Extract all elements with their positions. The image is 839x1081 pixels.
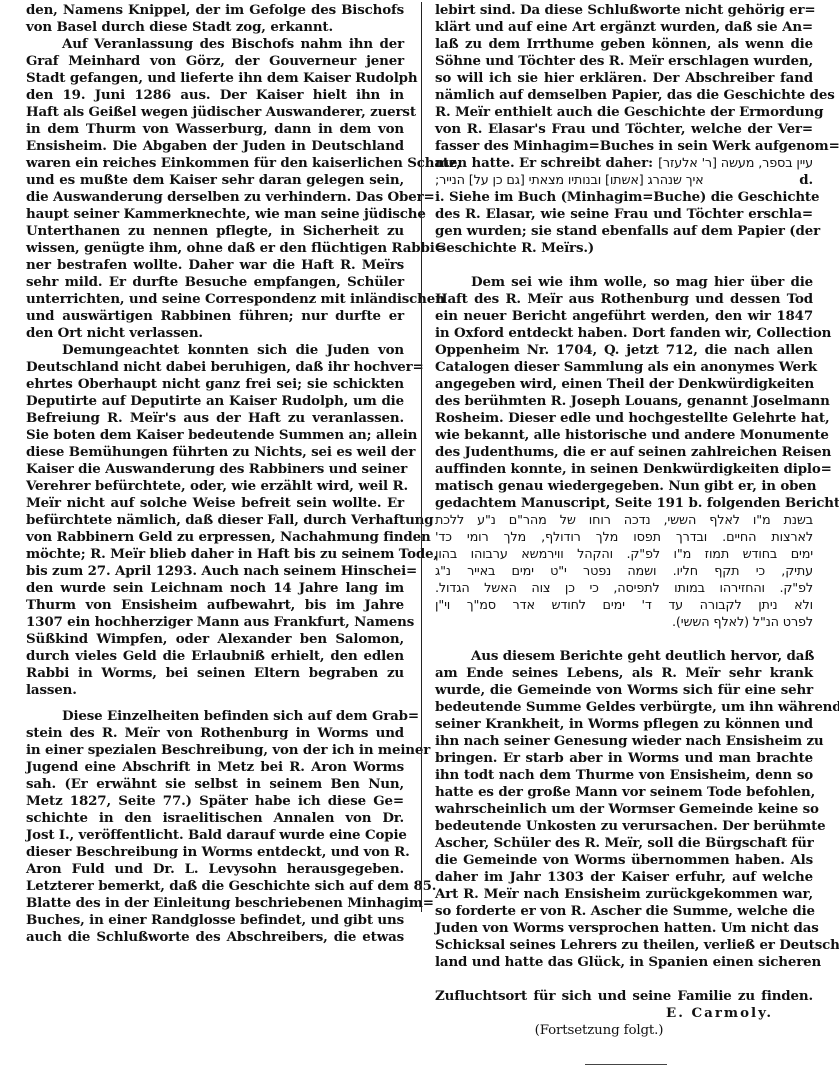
hebrew-quote-line: לארצות החיים. ובדרך תפסו מלך רודולף, מלך… <box>435 529 813 546</box>
text-line: Schicksal seines Lehrers zu theilen, ver… <box>435 937 813 954</box>
text-line: Befreiung R. Meïr's aus der Haft zu vera… <box>26 410 404 427</box>
text-line: Ascher, Schüler des R. Meïr, soll die Bü… <box>435 835 813 852</box>
text-line: Catalogen dieser Sammlung als ein anonym… <box>435 359 813 376</box>
text-line: Rosheim. Dieser edle und hochgestellte G… <box>435 410 813 427</box>
text-line: Deputirte auf Deputirte an Kaiser Rudolp… <box>26 393 404 410</box>
text-line: sehr mild. Er durfte Besuche empfangen, … <box>26 274 404 291</box>
text-line: wissen, genügte ihm, ohne daß er den flü… <box>26 240 404 257</box>
text-line: Thurm von Ensisheim aufbewahrt, bis im J… <box>26 597 404 614</box>
text-line: unterrichten, und seine Correspondenz mi… <box>26 291 404 308</box>
text-line: gedachtem Manuscript, Seite 191 b. folge… <box>435 495 813 512</box>
paragraph-start: Aus diesem Berichte geht deutlich hervor… <box>435 648 813 665</box>
text-line: ehrtes Oberhaupt nicht ganz frei sei; si… <box>26 376 404 393</box>
text-line: daher im Jahr 1303 der Kaiser erfuhr, au… <box>435 869 813 886</box>
paragraph-start: Demungeachtet konnten sich die Juden von <box>26 342 404 359</box>
text-line: laß zu dem Irrthume geben können, als we… <box>435 36 813 53</box>
section-end-rule <box>585 1064 667 1065</box>
text-line: Letzterer bemerkt, daß die Geschichte si… <box>26 878 404 895</box>
continuation-note: (Fortsetzung folgt.) <box>435 1022 813 1039</box>
text-line: Geschichte R. Meïrs.) <box>435 240 813 257</box>
paragraph-gap <box>435 631 813 648</box>
text-line: ihn nach seiner Genesung wieder nach Ens… <box>435 733 813 750</box>
text-line: Ensisheim. Die Abgaben der Juden in Deut… <box>26 138 404 155</box>
text-line: Kaiser die Auswanderung des Rabbiners un… <box>26 461 404 478</box>
text-line: angegeben wird, einen Theil der Denkwürd… <box>435 376 813 393</box>
text-line: Haft des R. Meïr aus Rothenburg und dess… <box>435 291 813 308</box>
text-line: wurde, die Gemeinde von Worms sich für e… <box>435 682 813 699</box>
text-line: den Ort nicht verlassen. <box>26 325 404 342</box>
text-line: land und hatte das Glück, in Spanien ein… <box>435 954 813 971</box>
text-line: bringen. Er starb aber in Worms und man … <box>435 750 813 767</box>
text-line: Jost I., veröffentlicht. Bald darauf wur… <box>26 827 404 844</box>
text-line: haupt seiner Kammerknechte, wie man sein… <box>26 206 404 223</box>
paragraph-gap <box>435 971 813 988</box>
text-line: Jugend eine Abschrift in Metz bei R. Aro… <box>26 759 404 776</box>
hebrew-quote-fragment: עיין בספר, מעשה [ר' אלעזר] <box>658 155 813 172</box>
text-line: in dem Thurm von Wasserburg, dann in dem… <box>26 121 404 138</box>
text-line: befürchtete nämlich, daß dieser Fall, du… <box>26 512 404 529</box>
text-line: dieser Beschreibung in Worms entdeckt, u… <box>26 844 404 861</box>
text-line: auch die Schlußworte des Abschreibers, d… <box>26 929 404 946</box>
text-line: Stadt gefangen, und lieferte ihn dem Kai… <box>26 70 404 87</box>
text-line: Unterthanen zu nennen pflegte, in Sicher… <box>26 223 404 240</box>
hebrew-quote-line: לפרט הנ"ל (לאלף הששי). <box>435 614 813 631</box>
text-line: wahrscheinlich um der Wormser Gemeinde k… <box>435 801 813 818</box>
text-line: Aron Fuld und Dr. L. Levysohn herausgege… <box>26 861 404 878</box>
text-line: den, Namens Knippel, der im Gefolge des … <box>26 2 404 19</box>
text-line: Graf Meinhard von Görz, der Gouverneur j… <box>26 53 404 70</box>
text-line: R. Meïr enthielt auch die Geschichte der… <box>435 104 813 121</box>
text-line: nämlich auf demselben Papier, das die Ge… <box>435 87 813 104</box>
text-line: den wurde sein Leichnam noch 14 Jahre la… <box>26 580 404 597</box>
text-line: ihn todt nach dem Thurme von Ensisheim, … <box>435 767 813 784</box>
text-line: gen wurden; sie stand ebenfalls auf dem … <box>435 223 813 240</box>
text-line: Oppenheim Nr. 1704, Q. jetzt 712, die na… <box>435 342 813 359</box>
text-line: von R. Elasar's Frau und Töchter, welche… <box>435 121 813 138</box>
text-line: möchte; R. Meïr blieb daher in Haft bis … <box>26 546 404 563</box>
text-line-with-hebrew: men hatte. Er schreibt daher: עיין בספר,… <box>435 155 813 172</box>
text-line: Art R. Meïr nach Ensisheim zurückgekomme… <box>435 886 813 903</box>
text-line: Buches, in einer Randglosse befindet, un… <box>26 912 404 929</box>
text-line: Juden von Worms versprochen hatten. Um n… <box>435 920 813 937</box>
text-line: Söhne und Töchter des R. Meïr erschlagen… <box>435 53 813 70</box>
text-line: bedeutende Unkosten zu verursachen. Der … <box>435 818 813 835</box>
text-line: Rabbi in Worms, bei seinen Eltern begrab… <box>26 665 404 682</box>
text-line: so forderte er von R. Ascher die Summe, … <box>435 903 813 920</box>
text-line: wie bekannt, alle historische und andere… <box>435 427 813 444</box>
text-line: ner bestrafen wollte. Daher war die Haft… <box>26 257 404 274</box>
text-line: die Gemeinde von Worms übernommen haben.… <box>435 852 813 869</box>
text-line: und es mußte dem Kaiser sehr daran geleg… <box>26 172 404 189</box>
text-fragment: d. <box>799 172 813 189</box>
text-line: i. Siehe im Buch (Minhagim=Buche) die Ge… <box>435 189 813 206</box>
text-line: so will ich sie hier erklären. Der Absch… <box>435 70 813 87</box>
hebrew-quote-line: לפ"ק. והחזירהו במותו לתפיסה, כי כן צוה ה… <box>435 580 813 597</box>
text-line: ein neuer Bericht angeführt werden, den … <box>435 308 813 325</box>
text-line: von Basel durch diese Stadt zog, erkannt… <box>26 19 404 36</box>
text-line: sah. (Er erwähnt sie selbst in seinem Be… <box>26 776 404 793</box>
text-line: und auswärtigen Rabbinen führen; nur dur… <box>26 308 404 325</box>
text-line: bedeutende Summe Geldes verbürgte, um ih… <box>435 699 813 716</box>
text-line: Zufluchtsort für sich und seine Familie … <box>435 988 813 1005</box>
text-line: von Rabbinern Geld zu erpressen, Nachahm… <box>26 529 404 546</box>
hebrew-quote-line: בשנת מ"ו לאלף הששי, נדכה רוחו של מהר"ם נ… <box>435 512 813 529</box>
text-line: Süßkind Wimpfen, oder Alexander ben Salo… <box>26 631 404 648</box>
text-line: Verehrer befürchtete, oder, wie erzählt … <box>26 478 404 495</box>
hebrew-quote-fragment: איך שנהרג [אשתו] ובנותיו מצאתי [גם כן על… <box>435 172 704 189</box>
text-line: Haft als Geißel wegen jüdischer Auswande… <box>26 104 404 121</box>
text-line: hatte es der große Mann vor seinem Tode … <box>435 784 813 801</box>
text-line: lassen. <box>26 682 404 699</box>
text-line: schichte in den israelitischen Annalen v… <box>26 810 404 827</box>
text-line: 1307 ein hochherziger Mann aus Frankfurt… <box>26 614 404 631</box>
text-line: Metz 1827, Seite 77.) Später habe ich di… <box>26 793 404 810</box>
text-line: Deutschland nicht dabei beruhigen, daß i… <box>26 359 404 376</box>
column-divider <box>421 2 422 912</box>
paragraph-gap <box>435 257 813 274</box>
text-line: matisch genau wiedergegeben. Nun gibt er… <box>435 478 813 495</box>
text-line: klärt und auf eine Art ergänzt wurden, d… <box>435 19 813 36</box>
text-line: auffinden konnte, in seinen Denkwürdigke… <box>435 461 813 478</box>
text-line: stein des R. Meïr von Rothenburg in Worm… <box>26 725 404 742</box>
text-fragment: men hatte. Er schreibt daher: <box>435 155 653 172</box>
newspaper-page: den, Namens Knippel, der im Gefolge des … <box>0 0 839 1081</box>
text-line: diese Bemühungen führten zu Nichts, sei … <box>26 444 404 461</box>
text-line: des berühmten R. Joseph Louans, genannt … <box>435 393 813 410</box>
hebrew-quote-line: ולא ניתן לקבורה עד ד' ימים לחודש אדר סמ"… <box>435 597 813 614</box>
text-line: waren ein reiches Einkommen für den kais… <box>26 155 404 172</box>
hebrew-quote-line: עתיק, כי תקף חליו. ושמה נפטר י"ט ימים בא… <box>435 563 813 580</box>
text-line: durch vieles Geld die Erlaubniß erhielt,… <box>26 648 404 665</box>
hebrew-quote-line: ימים בחודש תמוז מ"ו לפ"ק. והקהל ווירמשא … <box>435 546 813 563</box>
paragraph-start: Diese Einzelheiten befinden sich auf dem… <box>26 708 404 725</box>
author-signature: E. Carmoly. <box>435 1005 813 1022</box>
text-line: in einer spezialen Beschreibung, von der… <box>26 742 404 759</box>
text-line: Sie boten dem Kaiser bedeutende Summen a… <box>26 427 404 444</box>
text-line: des Judenthums, die er auf seinen zahlre… <box>435 444 813 461</box>
text-line: Meïr nicht auf solche Weise befreit sein… <box>26 495 404 512</box>
text-line: den 19. Juni 1286 aus. Der Kaiser hielt … <box>26 87 404 104</box>
paragraph-start: Auf Veranlassung des Bischofs nahm ihn d… <box>26 36 404 53</box>
paragraph-start: Dem sei wie ihm wolle, so mag hier über … <box>435 274 813 291</box>
right-column: lebirt sind. Da diese Schlußworte nicht … <box>435 2 813 1039</box>
text-line: am Ende seines Lebens, als R. Meïr sehr … <box>435 665 813 682</box>
text-line: Blatte des in der Einleitung beschrieben… <box>26 895 404 912</box>
text-line-with-hebrew: איך שנהרג [אשתו] ובנותיו מצאתי [גם כן על… <box>435 172 813 189</box>
text-line: lebirt sind. Da diese Schlußworte nicht … <box>435 2 813 19</box>
text-line: die Auswanderung derselben zu verhindern… <box>26 189 404 206</box>
left-column: den, Namens Knippel, der im Gefolge des … <box>26 2 404 946</box>
text-line: des R. Elasar, wie seine Frau und Töchte… <box>435 206 813 223</box>
text-line: seiner Krankheit, in Worms pflegen zu kö… <box>435 716 813 733</box>
text-line: bis zum 27. April 1293. Auch nach seinem… <box>26 563 404 580</box>
text-line: fasser des Minhagim=Buches in sein Werk … <box>435 138 813 155</box>
text-line: in Oxford entdeckt haben. Dort fanden wi… <box>435 325 813 342</box>
paragraph-gap <box>26 699 404 708</box>
